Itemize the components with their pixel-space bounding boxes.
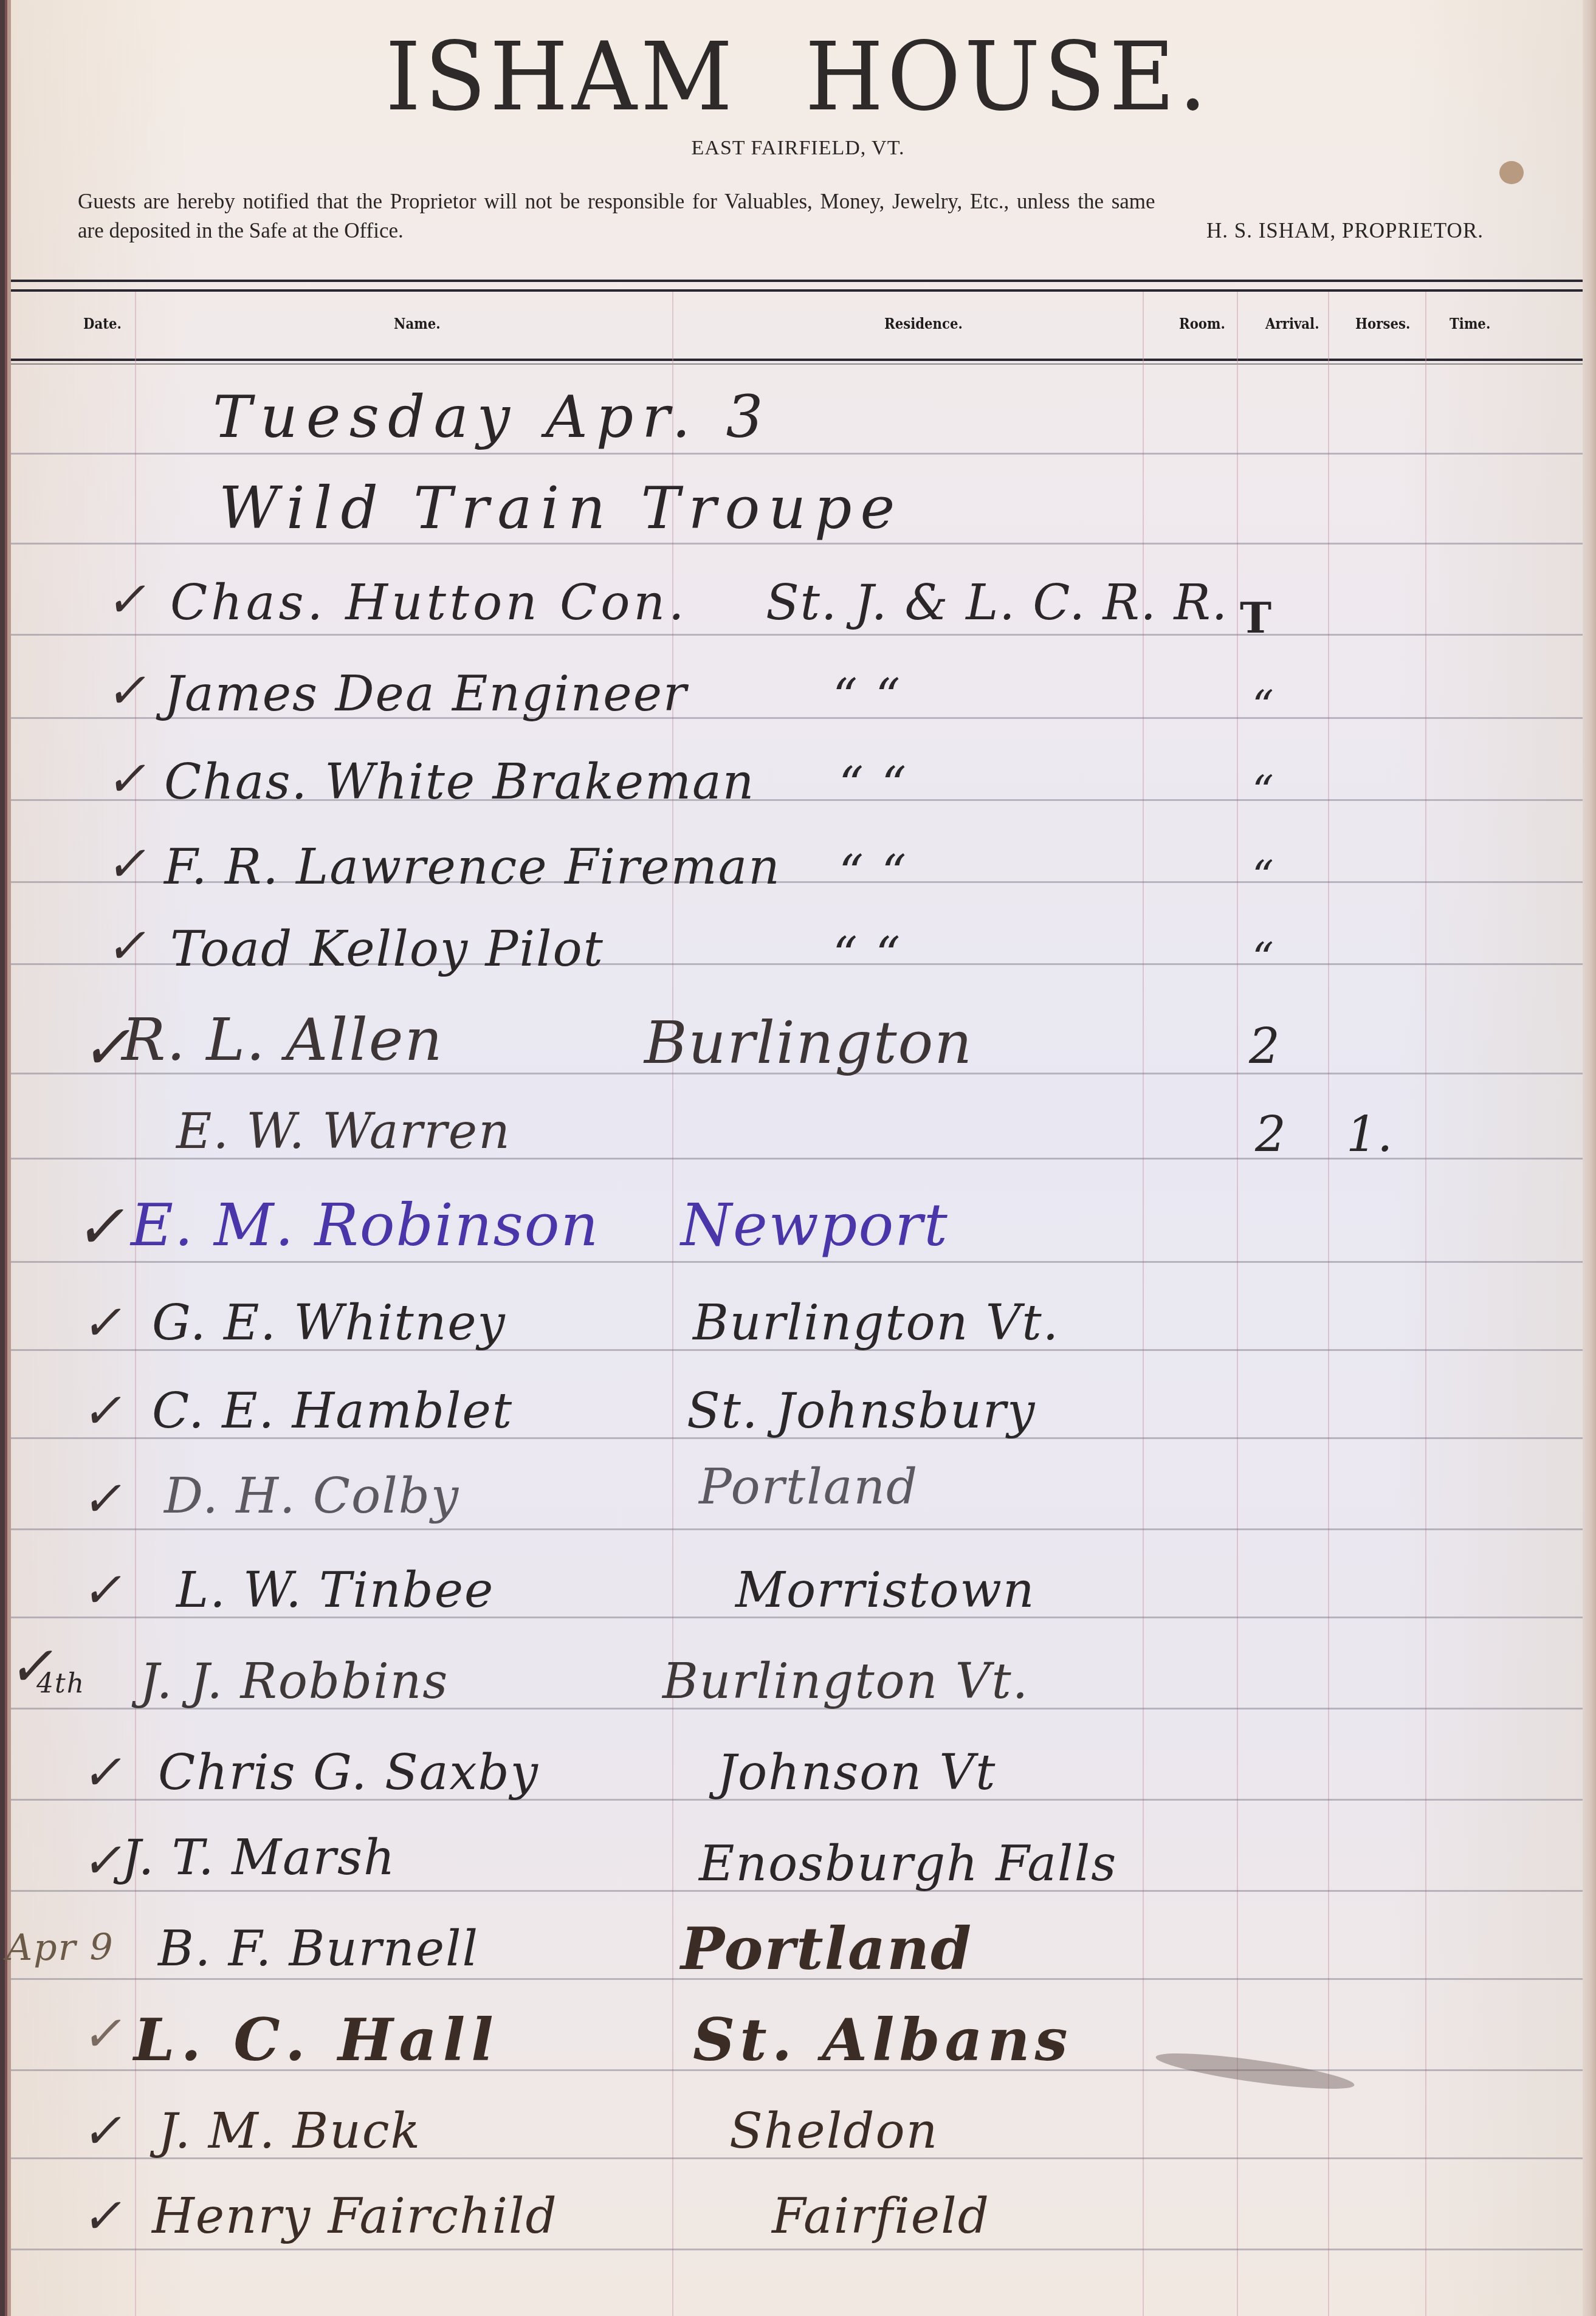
guest-residence: Burlington bbox=[644, 1009, 973, 1077]
column-header-horses: Horses. bbox=[1355, 315, 1410, 332]
guest-residence: Johnson Vt bbox=[717, 1744, 996, 1801]
guest-name: L. W. Tinbee bbox=[176, 1562, 494, 1618]
arrival-mark: T bbox=[1240, 593, 1271, 643]
guest-residence: St. Johnsbury bbox=[687, 1383, 1036, 1439]
guest-name: Henry Fairchild bbox=[152, 2188, 558, 2244]
guest-name: C. E. Hamblet bbox=[152, 1383, 513, 1439]
guest-residence: Portland bbox=[699, 1459, 918, 1515]
column-divider-horses bbox=[1425, 292, 1426, 2316]
guest-name: Chas. Hutton Con. bbox=[170, 574, 687, 631]
date-marker: Apr 9 bbox=[6, 1926, 114, 1969]
row-rule bbox=[11, 2249, 1583, 2250]
guest-name: Toad Kelloy Pilot bbox=[170, 921, 604, 977]
arrival-ditto: “ bbox=[1252, 851, 1274, 901]
column-divider-room bbox=[1237, 292, 1238, 2316]
arrival-count: 2 bbox=[1249, 1018, 1280, 1074]
header-rule-bottom-2 bbox=[11, 363, 1583, 365]
row-rule bbox=[11, 453, 1583, 455]
hotel-location: EAST FAIRFIELD, VT. bbox=[0, 137, 1596, 160]
guest-residence: “ “ bbox=[839, 757, 907, 813]
header-rule-top bbox=[11, 280, 1583, 282]
row-rule bbox=[11, 1528, 1583, 1530]
column-divider-arrival bbox=[1328, 292, 1329, 2316]
column-header-residence: Residence. bbox=[884, 315, 963, 332]
column-header-date: Date. bbox=[83, 315, 122, 332]
notice-line-1: Guests are hereby notified that the Prop… bbox=[78, 190, 1155, 214]
day-heading: Tuesday Apr. 3 bbox=[213, 383, 772, 451]
stain-spot bbox=[1499, 161, 1524, 184]
guest-residence: Fairfield bbox=[772, 2188, 990, 2244]
arrival-ditto: “ bbox=[1252, 933, 1274, 983]
arrival-count: 2 bbox=[1255, 1106, 1286, 1163]
guest-name: F. R. Lawrence Fireman bbox=[164, 839, 781, 895]
guest-name: D. H. Colby bbox=[164, 1468, 459, 1524]
guest-residence: Burlington Vt. bbox=[662, 1653, 1029, 1710]
guest-name: G. E. Whitney bbox=[152, 1294, 506, 1351]
guest-residence: Sheldon bbox=[729, 2103, 938, 2159]
guest-name: J. J. Robbins bbox=[140, 1653, 449, 1710]
arrival-ditto: “ bbox=[1252, 681, 1274, 730]
date-marker: 4th bbox=[36, 1668, 85, 1699]
arrival-ditto: “ bbox=[1252, 766, 1274, 816]
header-rule-top-2 bbox=[11, 289, 1583, 292]
guest-name: L. C. Hall bbox=[134, 2005, 500, 2074]
group-heading: Wild Train Troupe bbox=[219, 474, 903, 542]
header-rule-bottom bbox=[11, 359, 1583, 361]
guest-residence: Newport bbox=[681, 1191, 949, 1259]
guest-name: B. F. Burnell bbox=[158, 1920, 479, 1977]
column-header-room: Room. bbox=[1179, 315, 1225, 332]
hotel-title: ISHAM HOUSE. bbox=[0, 22, 1596, 132]
row-rule bbox=[11, 634, 1583, 636]
guest-residence: Enosburgh Falls bbox=[699, 1835, 1117, 1892]
column-header-name: Name. bbox=[394, 315, 441, 332]
guest-residence: St. J. & L. C. R. R. bbox=[766, 574, 1228, 631]
guest-residence: “ “ bbox=[833, 927, 901, 983]
horses-count: 1. bbox=[1346, 1106, 1392, 1163]
guest-residence: “ “ bbox=[839, 845, 907, 901]
guest-residence: Burlington Vt. bbox=[693, 1294, 1059, 1351]
guest-residence: Portland bbox=[681, 1914, 972, 1983]
guest-name: Chris G. Saxby bbox=[158, 1744, 539, 1801]
column-header-arrival: Arrival. bbox=[1265, 315, 1319, 332]
guest-residence: St. Albans bbox=[693, 2005, 1073, 2074]
guest-name: R. L. Allen bbox=[122, 1006, 443, 1074]
page-edge bbox=[1583, 0, 1596, 2316]
guest-name: James Dea Engineer bbox=[164, 665, 687, 722]
guest-name: E. M. Robinson bbox=[131, 1191, 599, 1259]
guest-name: J. M. Buck bbox=[158, 2103, 421, 2159]
guest-residence: “ “ bbox=[833, 668, 901, 725]
proprietor-signature: H. S. ISHAM, PROPRIETOR. bbox=[1206, 219, 1484, 243]
column-header-time: Time. bbox=[1450, 315, 1490, 332]
guest-name: Chas. White Brakeman bbox=[164, 754, 755, 810]
guest-name: J. T. Marsh bbox=[122, 1829, 396, 1886]
row-rule bbox=[11, 1261, 1583, 1263]
notice-line-2: are deposited in the Safe at the Office. bbox=[78, 219, 404, 243]
guest-residence: Morristown bbox=[735, 1562, 1036, 1618]
row-rule bbox=[11, 543, 1583, 545]
guest-name: E. W. Warren bbox=[176, 1103, 511, 1160]
